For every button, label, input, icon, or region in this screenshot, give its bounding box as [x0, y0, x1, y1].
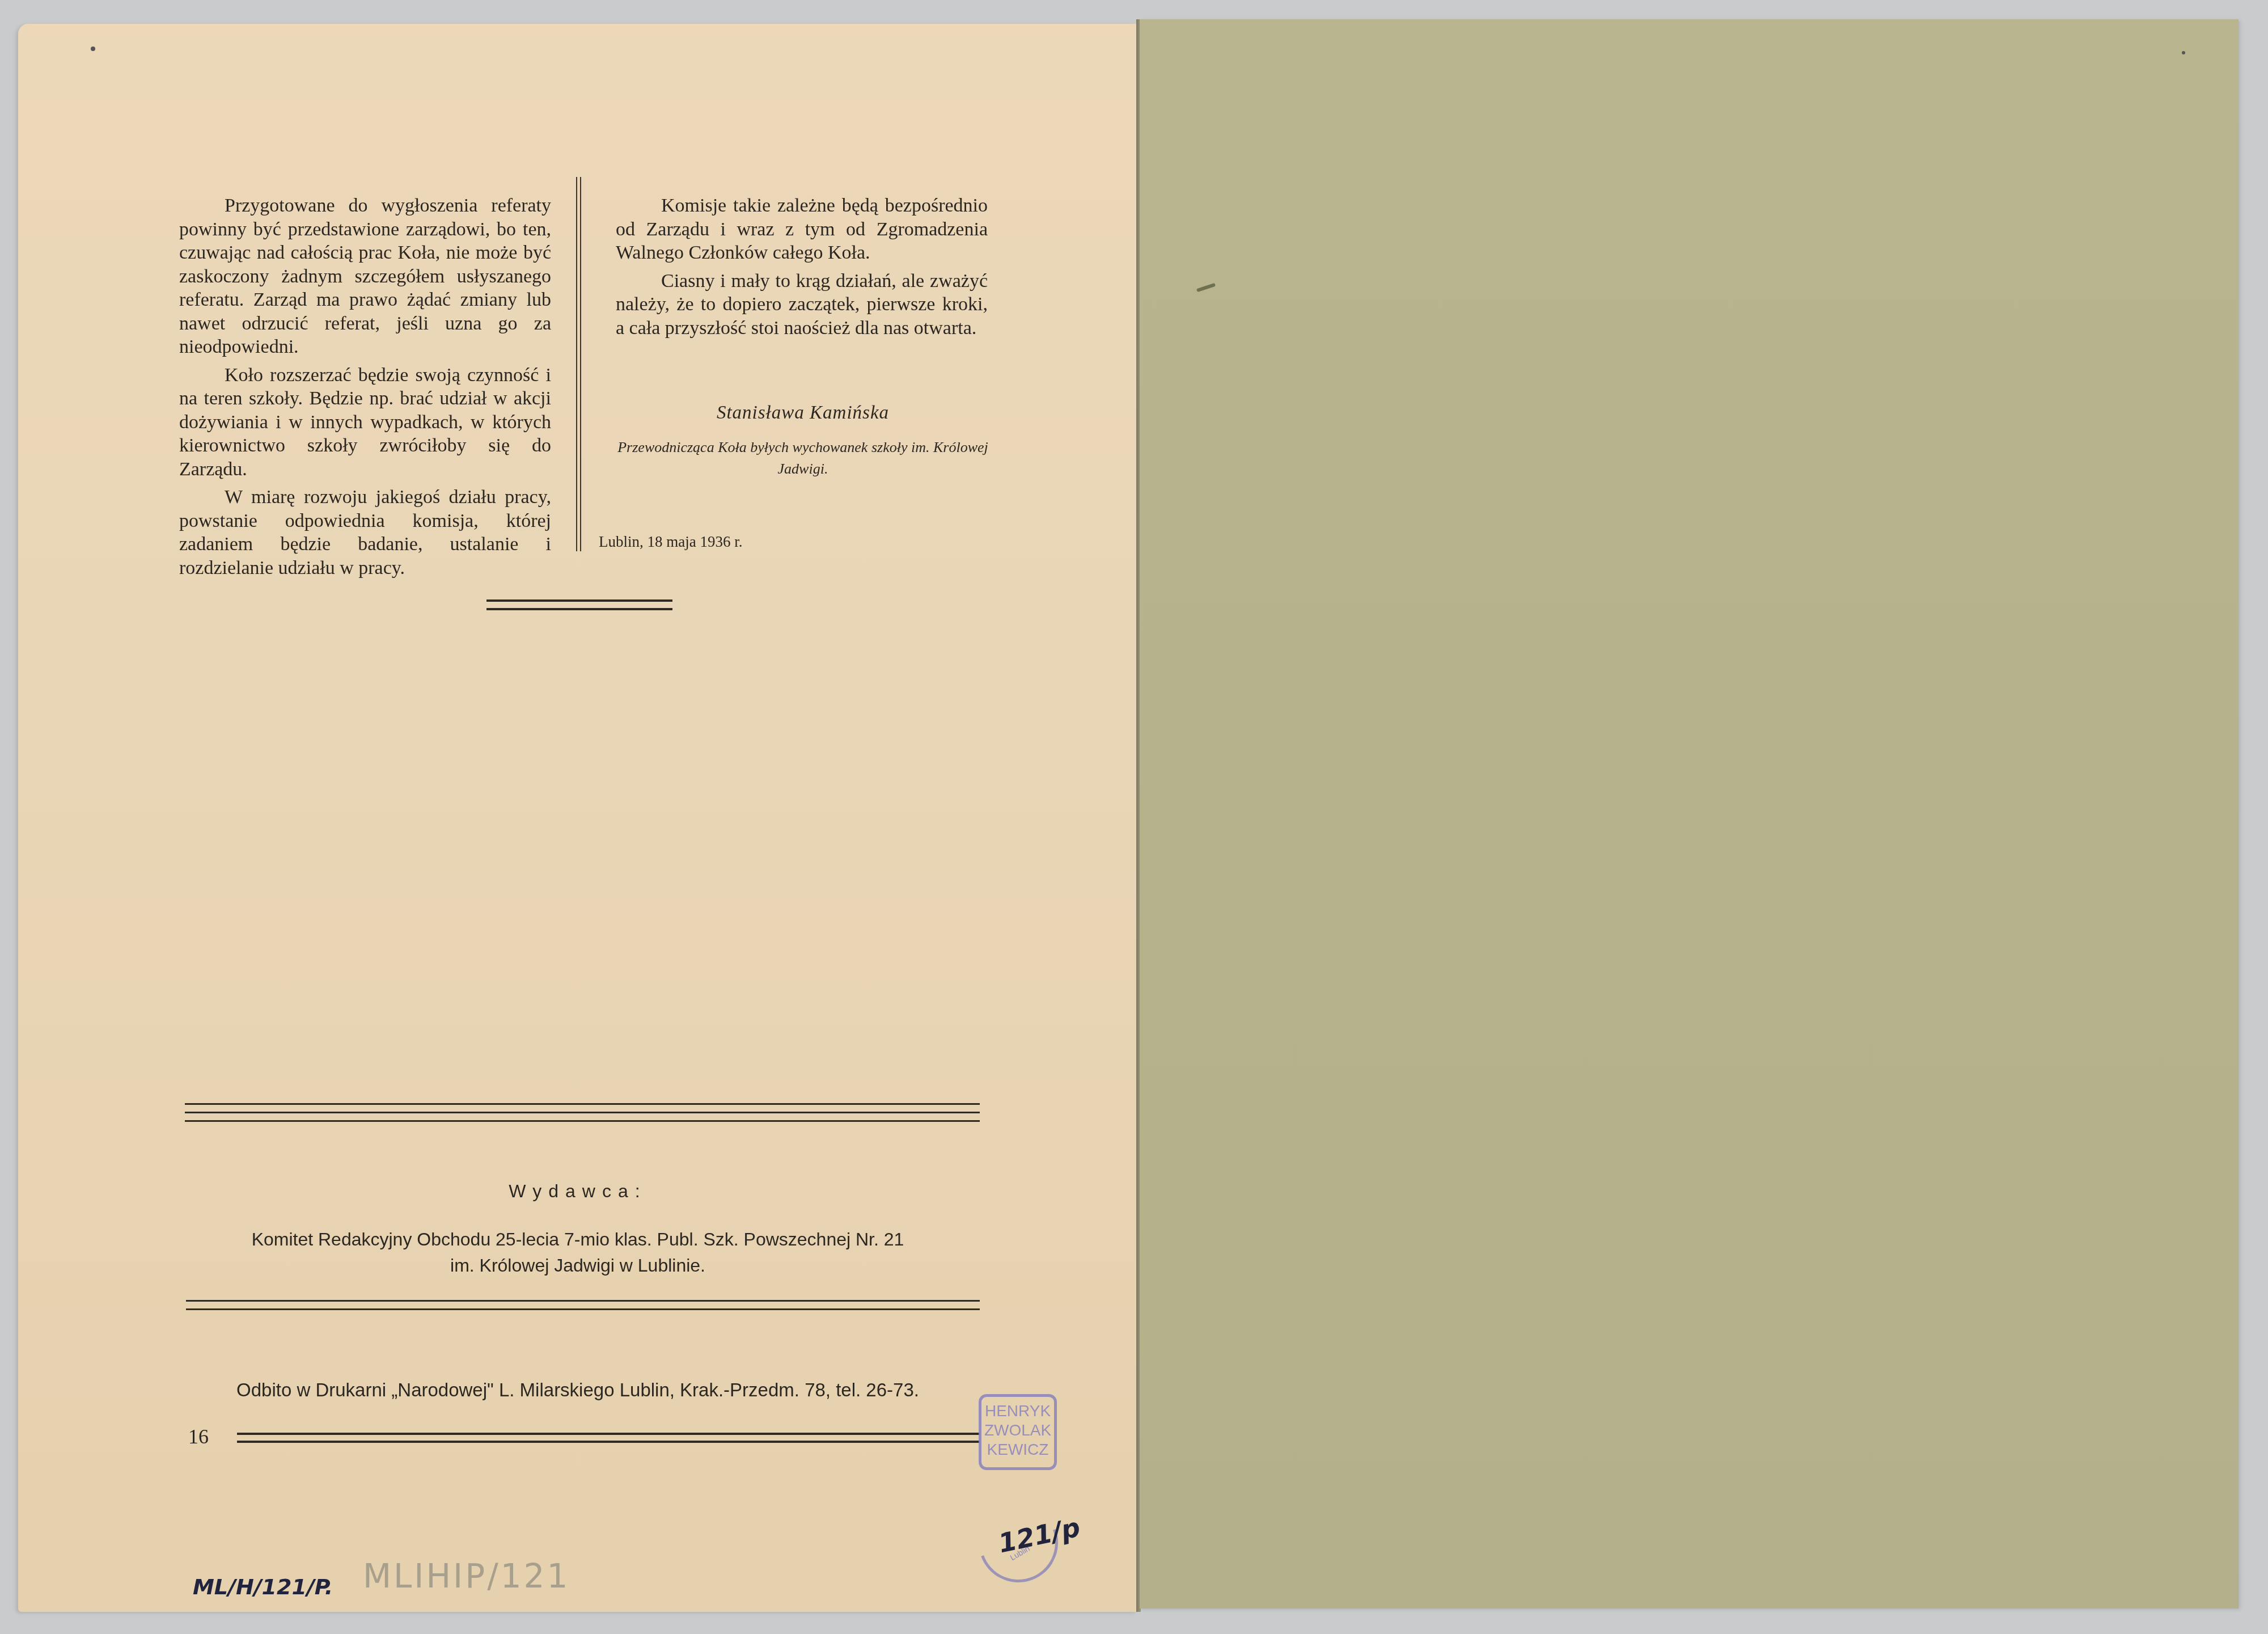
stamp-line: ZWOLAK	[981, 1421, 1054, 1440]
imprint-rule	[185, 1120, 980, 1122]
paragraph: Ciasny i mały to krąg działań, ale zważy…	[616, 269, 988, 340]
owner-stamp: HENRYK ZWOLAK KEWICZ	[979, 1394, 1057, 1470]
section-rule	[486, 599, 672, 602]
paper-speck	[91, 47, 95, 51]
imprint-rule	[186, 1300, 980, 1302]
paragraph: W miarę rozwoju jakiegoś działu pracy, p…	[179, 485, 551, 580]
printer-line: Odbito w Drukarni „Narodowej" L. Milarsk…	[18, 1379, 1137, 1401]
page-number: 16	[188, 1425, 209, 1449]
paragraph: Koło rozszerzać będzie swoją czynność i …	[179, 364, 551, 482]
imprint-rule	[186, 1308, 980, 1310]
section-rule	[486, 608, 672, 610]
publisher-line: im. Królowej Jadwigi w Lublinie.	[18, 1252, 1137, 1278]
publisher-name: Komitet Redakcyjny Obchodu 25-lecia 7-mi…	[18, 1226, 1137, 1278]
paper-speck	[2182, 51, 2185, 54]
pencil-signature: MLIHIP/121	[363, 1557, 570, 1595]
stamp-line: KEWICZ	[981, 1440, 1054, 1459]
imprint-rule	[185, 1103, 980, 1105]
stamp-line: HENRYK	[981, 1401, 1054, 1421]
paper-mark	[1196, 283, 1216, 292]
publisher-label: Wydawca:	[18, 1181, 1137, 1202]
imprint-rule	[185, 1112, 980, 1113]
column-divider	[576, 177, 581, 551]
handwritten-signature: ML/H/121/P.	[193, 1574, 333, 1599]
footer-rule	[237, 1433, 980, 1435]
place-date: Lublin, 18 maja 1936 r.	[599, 533, 742, 551]
paragraph: Komisje takie zależne będą bezpośrednio …	[616, 194, 988, 265]
paragraph: Przygotowane do wygłoszenia referaty pow…	[179, 194, 551, 359]
footer-rule	[237, 1441, 980, 1443]
right-page-blank-cover	[1140, 19, 2239, 1608]
left-page: Przygotowane do wygłoszenia referaty pow…	[18, 24, 1137, 1612]
signature-role: Przewodnicząca Koła byłych wychowanek sz…	[616, 437, 990, 480]
text-column-left: Przygotowane do wygłoszenia referaty pow…	[179, 194, 551, 584]
signature-name: Stanisława Kamińska	[616, 403, 990, 424]
publisher-line: Komitet Redakcyjny Obchodu 25-lecia 7-mi…	[18, 1226, 1137, 1252]
text-column-right: Komisje takie zależne będą bezpośrednio …	[616, 194, 988, 344]
